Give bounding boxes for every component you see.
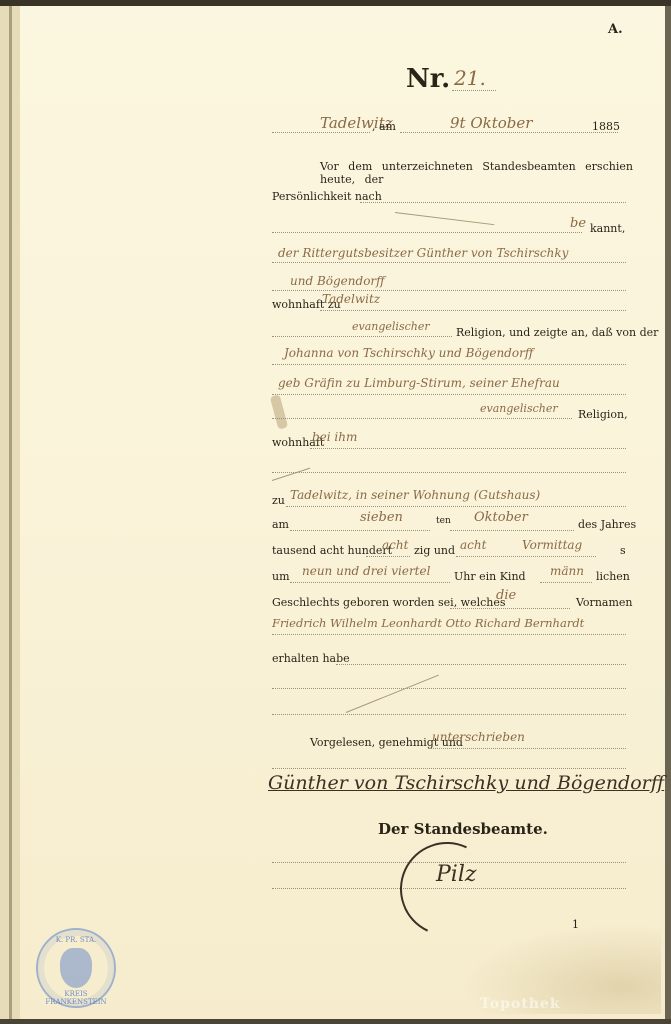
signature-rule: [272, 768, 626, 769]
registration-year: 1885: [592, 120, 620, 133]
birth-day-suffix: ten: [436, 516, 451, 526]
officer-title: Der Standesbeamte.: [378, 820, 548, 838]
entry-number-label: Nr.: [406, 64, 450, 94]
register-page: [20, 6, 666, 1019]
identity-suffix: kannt,: [590, 222, 625, 235]
officer-signature: Pilz: [436, 862, 476, 887]
declarant-line-2-rule: [272, 290, 626, 291]
binding-gutter: [9, 6, 12, 1019]
decade-value: acht: [382, 538, 408, 552]
time-of-day-rule: [456, 556, 596, 557]
birth-month-value: Oktober: [474, 510, 528, 525]
religion-declarant-label: Religion, und zeigte an, daß von der: [456, 326, 658, 339]
blank-rule-3: [272, 714, 626, 715]
entry-number-value: 21.: [454, 66, 486, 90]
declarant-line-1-rule: [272, 262, 626, 263]
date-line: [400, 132, 618, 133]
read-approved-value: unterschrieben: [432, 730, 525, 744]
read-rule: [428, 748, 626, 749]
year-label: des Jahres: [578, 518, 636, 531]
scan-bottom-edge: [0, 1019, 671, 1024]
received-rule: [336, 664, 626, 665]
birth-month-rule: [450, 530, 574, 531]
series-letter: A.: [608, 22, 623, 37]
article-rule: [450, 608, 570, 609]
scan-right-edge: [665, 6, 671, 1019]
decade-rule: [366, 556, 410, 557]
date-prefix: , am: [372, 120, 396, 133]
religion-1-rule: [272, 336, 452, 337]
seal-top-text: K. PR. STA.: [38, 936, 114, 944]
hour-rule: [290, 582, 450, 583]
mother-line-2: geb Gräfin zu Limburg-Stirum, seiner Ehe…: [278, 376, 560, 390]
given-names-value: Friedrich Wilhelm Leonhardt Otto Richard…: [272, 616, 584, 630]
known-line: [272, 232, 582, 233]
unit-value: acht: [460, 538, 486, 552]
birth-day-value: sieben: [360, 510, 403, 525]
religion-2-rule: [272, 418, 572, 419]
place-line: [272, 132, 370, 133]
hour-value: neun und drei viertel: [302, 564, 430, 578]
religion-mother-label: Religion,: [578, 408, 628, 421]
blank-rule-2: [272, 688, 626, 689]
intro-text: Vor dem unterzeichneten Standesbeamten e…: [320, 160, 671, 186]
residence-rule: [320, 310, 626, 311]
identity-line: [360, 202, 626, 203]
birth-date-label: am: [272, 518, 289, 531]
blank-rule: [272, 472, 626, 473]
residence-2-rule: [310, 448, 626, 449]
seal-bottom-text: KREIS FRANKENSTEIN: [38, 990, 114, 1006]
entry-number-line: [452, 90, 496, 91]
hour-suffix: Uhr ein Kind: [454, 570, 526, 583]
birthplace-value: Tadelwitz, in seiner Wohnung (Gutshaus): [290, 488, 540, 502]
sex-suffix: lichen: [596, 570, 630, 583]
birthplace-rule: [286, 506, 626, 507]
decade-suffix: zig und: [414, 544, 455, 557]
declarant-line-1: der Rittergutsbesitzer Günther von Tschi…: [278, 246, 568, 260]
birthplace-label: zu: [272, 494, 285, 507]
official-seal: K. PR. STA. KREIS FRANKENSTEIN: [36, 928, 116, 1008]
declarant-line-2: und Bögendorff: [290, 274, 385, 288]
identity-known-value: be: [570, 216, 586, 231]
time-of-day-value: Vormittag: [522, 538, 582, 552]
sex-value: männ: [550, 564, 584, 578]
religion-declarant-value: evangelischer: [352, 320, 430, 333]
article-value: die: [496, 588, 516, 603]
declarant-signature: Günther von Tschirschky und Bögendorff: [268, 772, 664, 794]
sex-rule: [540, 582, 592, 583]
given-names-label: Vornamen: [576, 596, 632, 609]
page-number: 1: [572, 918, 579, 931]
birth-day-rule: [290, 530, 430, 531]
eagle-icon: [60, 948, 92, 988]
religion-mother-value: evangelischer: [480, 402, 558, 415]
registration-date: 9t Oktober: [450, 114, 532, 132]
watermark: Topothek: [480, 996, 561, 1012]
time-suffix: s: [620, 544, 626, 557]
residence-2-value: bei ihm: [312, 430, 357, 444]
mother-line-1-rule: [272, 364, 626, 365]
residence-value: Tadelwitz: [322, 292, 380, 306]
mother-line-1: Johanna von Tschirschky und Bögendorff: [284, 346, 533, 360]
mother-line-2-rule: [272, 394, 626, 395]
hour-label: um: [272, 570, 290, 583]
given-names-rule: [272, 634, 626, 635]
